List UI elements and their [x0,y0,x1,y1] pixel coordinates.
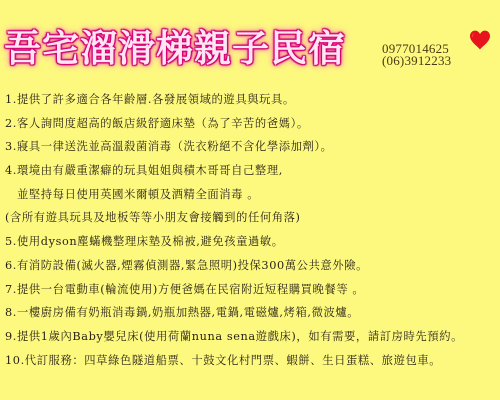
phone-numbers: 0977014625 (06)3912233 [382,43,451,67]
list-item-3: 3.寢具一律送洗並高溫殺菌消毒（洗衣粉絕不含化學添加劑）。 [5,139,500,163]
list-item-4-note: (含所有遊具玩具及地板等等小朋友會接觸到的任何角落) [5,210,500,234]
page-title: 吾宅溜滑梯親子民宿 [4,18,346,72]
list-item-2: 2.客人詢問度超高的飯店級舒適床墊（為了辛苦的爸媽）。 [5,116,500,140]
amenities-list: 1.提供了許多適合各年齡層.各發展領域的遊具與玩具。 2.客人詢問度超高的飯店級… [5,92,500,376]
list-item-4: 4.環境由有嚴重潔癖的玩具姐姐與積木哥哥自己整理, [5,163,500,187]
list-item-5: 5.使用dyson塵蟎機整理床墊及棉被,避免孩童過敏。 [5,234,500,258]
list-item-10: 10.代訂服務：四草綠色隧道船票、十鼓文化村門票、蝦餅、生日蛋糕、旅遊包車。 [5,353,500,377]
landline-phone[interactable]: (06)3912233 [382,55,451,67]
list-item-6: 6.有消防設備(滅火器,煙霧偵測器,緊急照明)投保300萬公共意外險。 [5,258,500,282]
list-item-4-continued: 並堅持每日使用英國米爾頓及酒精全面消毒 。 [5,187,500,211]
list-item-8: 8.一樓廚房備有奶瓶消毒鍋,奶瓶加熱器,電鍋,電磁爐,烤箱,微波爐。 [5,305,500,329]
header: 吾宅溜滑梯親子民宿 0977014625 (06)3912233 [0,0,500,85]
list-item-7: 7.提供一台電動車(輪流使用)方便爸媽在民宿附近短程購買晚餐等 。 [5,282,500,306]
list-item-1: 1.提供了許多適合各年齡層.各發展領域的遊具與玩具。 [5,92,500,116]
list-item-9: 9.提供1歲內Baby嬰兒床(使用荷蘭nuna sena遊戲床)，如有需要，請訂… [5,329,500,353]
heart-icon [469,28,491,52]
